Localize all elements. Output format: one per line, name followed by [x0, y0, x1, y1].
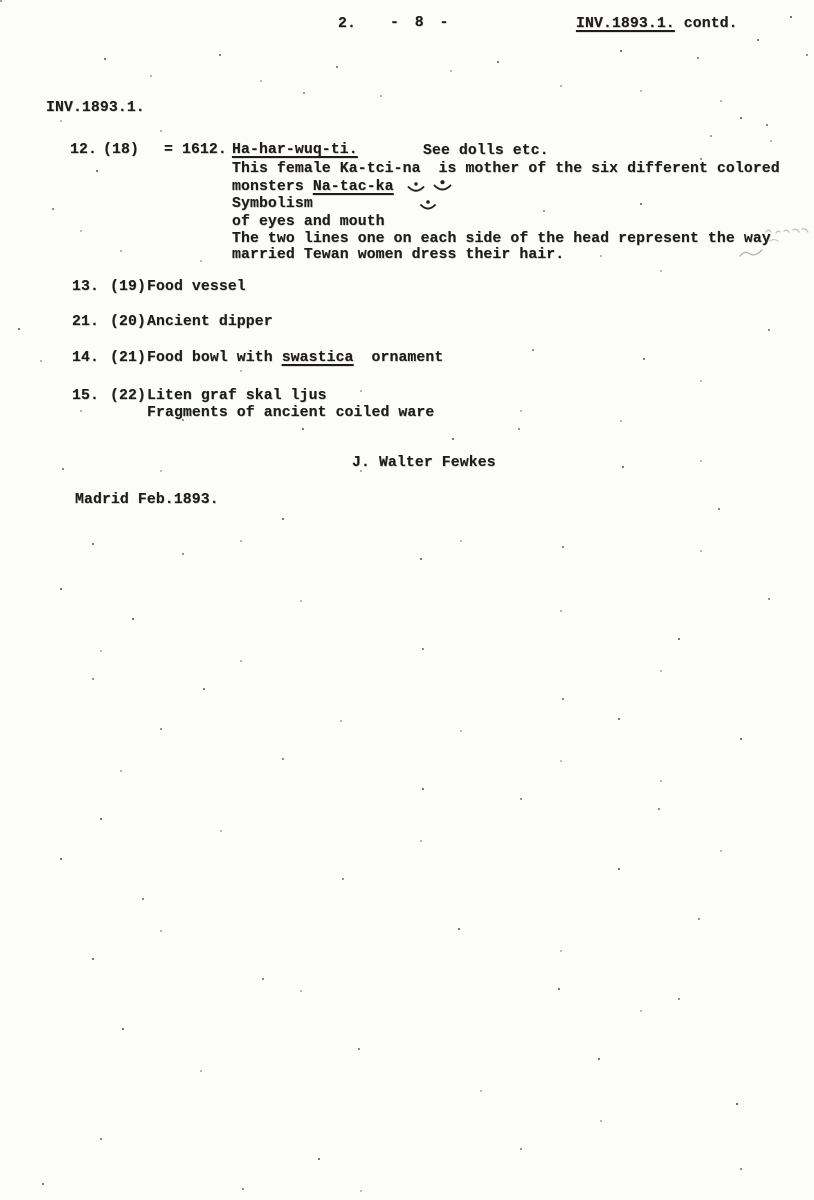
entry-13-text: Food vessel [147, 279, 246, 296]
entry-12-line-2-prefix: monsters [232, 179, 313, 195]
entry-14-text: Food bowl with swastica ornament [147, 350, 443, 367]
ink-smudge [738, 246, 766, 260]
entry-21-text: Ancient dipper [147, 314, 273, 331]
header-page-number: 2. [338, 16, 356, 33]
entry-14-text-before: Food bowl with [147, 350, 282, 366]
entry-14-number: 14. [72, 350, 99, 367]
entry-12-line-1: This female Ka-tci-na is mother of the s… [232, 161, 780, 178]
header-reference-suffix: contd. [675, 16, 738, 32]
ink-smudge [764, 224, 810, 246]
header-page-marker: - 8 - [390, 15, 452, 32]
entry-12-line-5: The two lines one on each side of the he… [232, 231, 771, 248]
entry-12-title: Ha-har-wuq-ti. [232, 142, 358, 159]
entry-12-equals: = 1612. [164, 142, 227, 159]
scan-noise-specks-light [0, 0, 2, 2]
entry-15-number: 15. [72, 388, 99, 405]
entry-12-see-note: See dolls etc. [423, 143, 549, 160]
entry-14-paren: (21) [110, 350, 146, 367]
signature: J. Walter Fewkes [352, 455, 496, 472]
entry-21-paren: (20) [110, 314, 146, 331]
face-doodle-icon [405, 181, 427, 195]
document-page: 2. - 8 - INV.1893.1. contd. INV.1893.1. … [0, 0, 814, 1200]
entry-12-line-4: of eyes and mouth [232, 214, 385, 231]
entry-12-line-2: monsters Na-tac-ka [232, 179, 394, 196]
entry-12-line-3: Symbolism [232, 196, 313, 213]
entry-15-paren: (22) [110, 388, 146, 405]
dateline: Madrid Feb.1893. [75, 492, 219, 509]
entry-13-paren: (19) [110, 279, 146, 296]
entry-21-number: 21. [72, 314, 99, 331]
entry-13-number: 13. [72, 279, 99, 296]
entry-12-line-6: married Tewan women dress their hair. [232, 247, 564, 264]
entry-15-text: Liten graf skal ljus [147, 388, 327, 405]
header-reference-number: INV.1893.1. [576, 16, 675, 32]
entry-12-line-2-underlined: Na-tac-ka [313, 179, 394, 195]
entry-12-paren: (18) [103, 142, 139, 159]
entry-12-number: 12. [70, 142, 97, 159]
entry-14-text-after: ornament [354, 350, 444, 366]
header-reference: INV.1893.1. contd. [576, 16, 738, 33]
entry-14-underlined-word: swastica [282, 350, 354, 366]
entry-15-text-line2: Fragments of ancient coiled ware [147, 405, 434, 422]
face-doodle-icon [418, 199, 438, 213]
section-label: INV.1893.1. [46, 100, 145, 117]
face-doodle-icon [431, 179, 454, 194]
